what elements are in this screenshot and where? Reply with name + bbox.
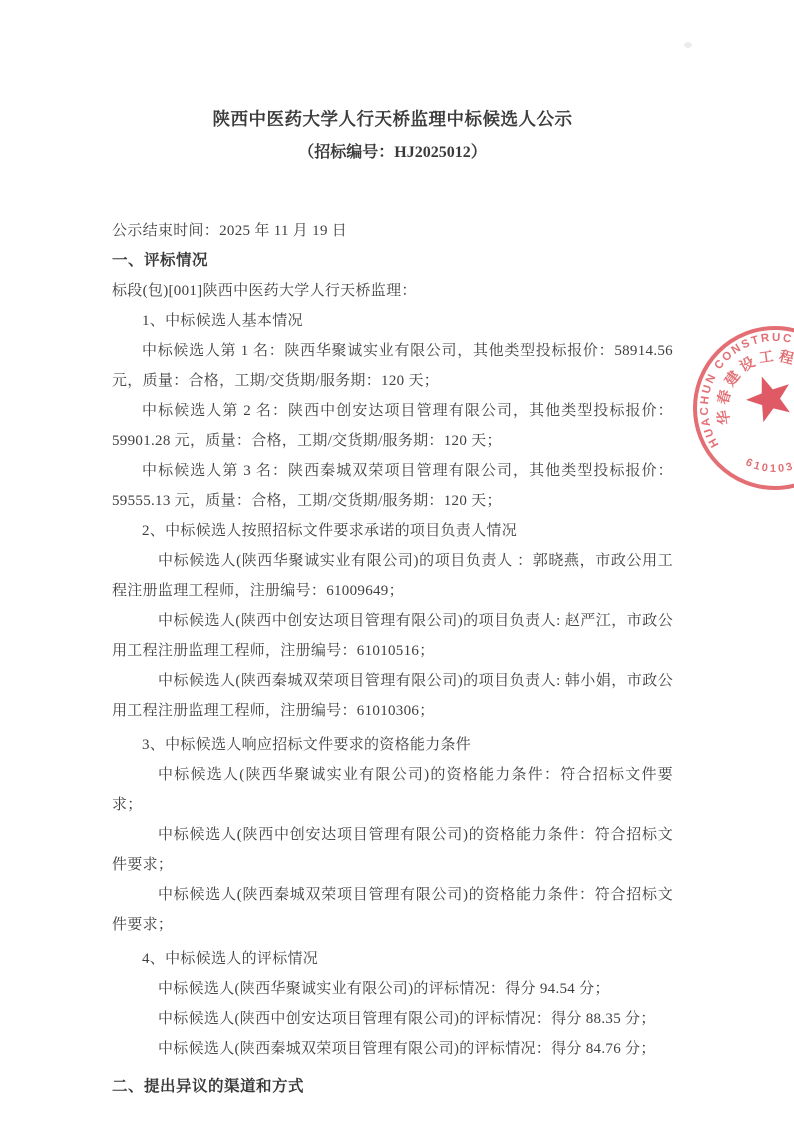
candidate-3-basic-info: 中标候选人第 3 名：陕西秦城双荣项目管理有限公司，其他类型投标报价：59555… [112,456,673,516]
seal-outer-ring [695,328,794,488]
candidate-1-qualification: 中标候选人(陕西华聚诚实业有限公司)的资格能力条件：符合招标文件要求； [112,760,673,820]
candidate-2-basic-info: 中标候选人第 2 名：陕西中创安达项目管理有限公司，其他类型投标报价：59901… [112,396,673,456]
scan-artifact [684,42,692,48]
publicity-end-time: 公示结束时间：2025 年 11 月 19 日 [112,216,673,246]
candidate-3-project-leader: 中标候选人(陕西秦城双荣项目管理有限公司)的项目负责人: 韩小娟，市政公用工程注… [112,666,673,726]
candidate-2-qualification: 中标候选人(陕西中创安达项目管理有限公司)的资格能力条件：符合招标文件要求； [112,820,673,880]
section-objection-heading: 二、提出异议的渠道和方式 [112,1072,673,1102]
candidate-1-score: 中标候选人(陕西华聚诚实业有限公司)的评标情况：得分 94.54 分； [112,974,673,1004]
svg-text:HUACHUN CONSTRUCTION PRO: HUACHUN CONSTRUCTION PRO [699,332,794,449]
lot-line: 标段(包)[001]陕西中医药大学人行天桥监理： [112,276,673,306]
document-page: 陕西中医药大学人行天桥监理中标候选人公示 （招标编号：HJ2025012） 公示… [0,0,794,1122]
sub3-heading: 3、中标候选人响应招标文件要求的资格能力条件 [112,730,673,760]
sub4-heading: 4、中标候选人的评标情况 [112,944,673,974]
svg-text:6101030: 6101030 [744,456,794,475]
candidate-2-score: 中标候选人(陕西中创安达项目管理有限公司)的评标情况：得分 88.35 分； [112,1004,673,1034]
svg-text:华春建设工程项目: 华春建设工程项目 [713,347,794,426]
seal-english-text: HUACHUN CONSTRUCTION PRO [699,332,794,449]
tender-number-line: （招标编号：HJ2025012） [112,140,673,166]
candidate-1-project-leader: 中标候选人(陕西华聚诚实业有限公司)的项目负责人 ：郭晓燕，市政公用工程注册监理… [112,546,673,606]
candidate-1-basic-info: 中标候选人第 1 名：陕西华聚诚实业有限公司，其他类型投标报价：58914.56… [112,336,673,396]
candidate-3-score: 中标候选人(陕西秦城双荣项目管理有限公司)的评标情况：得分 84.76 分； [112,1034,673,1064]
candidate-2-project-leader: 中标候选人(陕西中创安达项目管理有限公司)的项目负责人: 赵严江，市政公用工程注… [112,606,673,666]
sub1-heading: 1、中标候选人基本情况 [112,306,673,336]
section-evaluation-heading: 一、评标情况 [112,246,673,276]
document-content: 陕西中医药大学人行天桥监理中标候选人公示 （招标编号：HJ2025012） 公示… [112,0,673,1102]
candidate-3-qualification: 中标候选人(陕西秦城双荣项目管理有限公司)的资格能力条件：符合招标文件要求； [112,880,673,940]
seal-star-icon [740,369,794,425]
sub2-heading: 2、中标候选人按照招标文件要求承诺的项目负责人情况 [112,516,673,546]
document-title: 陕西中医药大学人行天桥监理中标候选人公示 [112,106,673,132]
seal-chinese-text: 华春建设工程项目 [713,347,794,426]
seal-number-text: 6101030 [744,456,794,475]
company-seal: HUACHUN CONSTRUCTION PRO 华春建设工程项目 610103… [690,322,794,497]
